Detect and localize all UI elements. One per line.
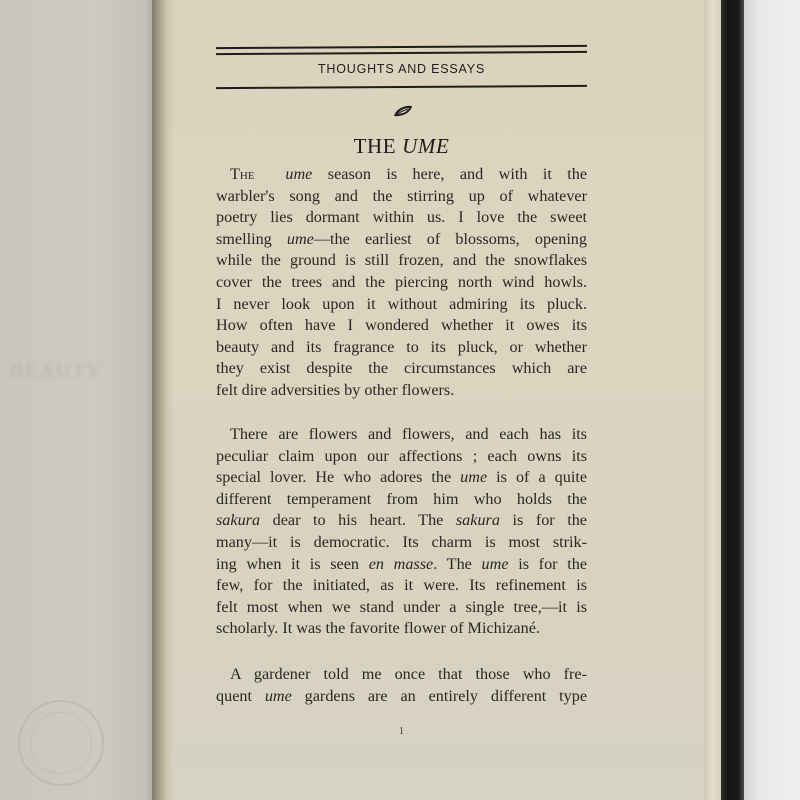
running-head: THOUGHTS AND ESSAYS bbox=[216, 62, 587, 76]
italic-term: ume bbox=[265, 687, 292, 705]
italic-term: sakura bbox=[216, 511, 260, 529]
text-span: smelling bbox=[216, 230, 272, 248]
text-line: they exist despite the circumstances whi… bbox=[216, 358, 587, 380]
facing-left-page: BEAUTY bbox=[0, 0, 158, 800]
chapter-title: THE UME bbox=[216, 134, 587, 159]
italic-term: ume bbox=[482, 555, 509, 573]
text-line: smelling ume—the earliest of blossoms, o… bbox=[216, 229, 587, 251]
italic-term: sakura bbox=[456, 511, 500, 529]
text-line: special lover. He who adores the ume is … bbox=[216, 467, 587, 489]
header-rule-bottom bbox=[216, 85, 587, 89]
text-line: felt most when we stand under a single t… bbox=[216, 597, 587, 619]
text-line: sakura dear to his heart. The sakura is … bbox=[216, 510, 587, 532]
text-line: ing when it is seen en masse. The ume is… bbox=[216, 554, 587, 576]
background-surface bbox=[740, 0, 800, 800]
text-line: felt dire adversities by other flowers. bbox=[216, 380, 587, 402]
text-span: . The bbox=[433, 555, 472, 573]
paragraph-3: A gardener told me once that those who f… bbox=[216, 664, 587, 707]
paragraph-1: The ume season is here, and with it the … bbox=[216, 164, 587, 402]
bleed-through-text: BEAUTY bbox=[10, 360, 140, 383]
text-span: —the earliest of blossoms, opening bbox=[314, 230, 587, 248]
text-line: different temperament from him who holds… bbox=[216, 489, 587, 511]
text-line: many—it is democratic. Its charm is most… bbox=[216, 532, 587, 554]
text-line: beauty and its fragrance to its pluck, o… bbox=[216, 337, 587, 359]
right-page: THOUGHTS AND ESSAYS THE UME The ume seas… bbox=[164, 0, 704, 800]
paragraph-2: There are flowers and flowers, and each … bbox=[216, 424, 587, 640]
text-span: gardens are an entirely different type bbox=[305, 687, 587, 705]
drop-word: The bbox=[230, 165, 255, 183]
text-line: How often have I wondered whether it owe… bbox=[216, 315, 587, 337]
text-span: is for the bbox=[518, 555, 587, 573]
page-stack-edge bbox=[703, 0, 721, 800]
text-line: peculiar claim upon our affections ; eac… bbox=[216, 446, 587, 468]
header-rule-top bbox=[216, 45, 587, 49]
text-line: scholarly. It was the favorite flower of… bbox=[216, 618, 587, 640]
book-gutter-shadow bbox=[152, 0, 174, 800]
leaf-ornament-icon bbox=[392, 104, 414, 118]
italic-term: ume bbox=[285, 165, 312, 183]
chapter-title-prefix: THE bbox=[354, 134, 397, 158]
text-line: while the ground is still frozen, and th… bbox=[216, 250, 587, 272]
text-line: I never look upon it without admiring it… bbox=[216, 294, 587, 316]
text-span: ing when it is seen bbox=[216, 555, 359, 573]
text-line: There are flowers and flowers, and each … bbox=[216, 424, 587, 446]
text-span: quent bbox=[216, 687, 252, 705]
text-line: A gardener told me once that those who f… bbox=[216, 664, 587, 686]
text-span: is for the bbox=[512, 511, 587, 529]
italic-term: ume bbox=[460, 468, 487, 486]
text-span: season is here, and with it the bbox=[328, 165, 587, 183]
text-line: warbler's song and the stirring up of wh… bbox=[216, 186, 587, 208]
text-line: cover the trees and the piercing north w… bbox=[216, 272, 587, 294]
text-line: quent ume gardens are an entirely differ… bbox=[216, 686, 587, 708]
book-back-cover-edge bbox=[718, 0, 744, 800]
watermark-stamp-icon bbox=[18, 700, 104, 786]
italic-term: en masse bbox=[369, 555, 434, 573]
page-number: 1 bbox=[216, 726, 587, 737]
header-rule-top-second bbox=[216, 51, 587, 55]
text-line: few, for the initiated, as it were. Its … bbox=[216, 575, 587, 597]
text-span: is of a quite bbox=[496, 468, 587, 486]
text-span: dear to his heart. The bbox=[273, 511, 444, 529]
text-line: The ume season is here, and with it the bbox=[216, 164, 587, 186]
book-photo: BEAUTY THOUGHTS AND ESSAYS THE UME The u… bbox=[0, 0, 800, 800]
text-span: special lover. He who adores the bbox=[216, 468, 451, 486]
text-line: poetry lies dormant within us. I love th… bbox=[216, 207, 587, 229]
italic-term: ume bbox=[287, 230, 314, 248]
chapter-title-italic: UME bbox=[402, 134, 449, 158]
